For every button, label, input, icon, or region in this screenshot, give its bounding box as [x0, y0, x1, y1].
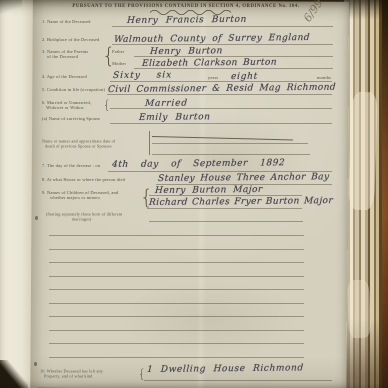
father-label: Father [112, 49, 124, 54]
row9-label-line2: whether majors or minors [50, 195, 100, 200]
mother-rule [134, 68, 333, 69]
blank-rule [49, 276, 304, 277]
row3-label-line1: 3. Names of the Parents [42, 49, 88, 54]
row1-label: 1. Name of the Deceased [42, 19, 91, 24]
rowB-label-line1: Name or names and approximate date of [42, 139, 115, 144]
row3-label-line2: of the Deceased [47, 54, 78, 59]
row9-label-line1: 9. Names of Children of Deceased, and [42, 190, 118, 195]
blank-rule [49, 235, 304, 236]
binding-hole [34, 362, 37, 366]
dark-corner-top-left [0, 0, 22, 14]
age-years-handwriting: Sixty six [113, 70, 173, 81]
blank-rule [49, 262, 304, 263]
rowA-rule [110, 123, 332, 124]
blank-rule [49, 289, 304, 290]
row7-label: 7. The day of the decease : on [42, 163, 100, 168]
blank-rule [49, 357, 304, 358]
rowA-label: (a) Name of surviving Spouse [42, 116, 100, 121]
child1-rule [149, 195, 302, 196]
row5-label: 5. Condition in life (occupation) [42, 87, 105, 92]
row4-label: 4. Age of the Deceased [42, 74, 87, 79]
rowB-rule-2 [152, 154, 310, 155]
binding-hole [35, 216, 38, 220]
frayed-page-edge [347, 280, 371, 339]
father-rule [134, 56, 333, 57]
photograph: PURSUANT TO THE PROVISIONS CONTAINED IN … [0, 0, 388, 388]
row5-rule [107, 94, 332, 95]
row10-rule [144, 380, 332, 381]
row10-label-line1: 10. Whether Deceased has left any [40, 369, 103, 374]
row2-label: 2. Birthplace of the Deceased [42, 37, 99, 42]
row6-label-line2: Widower or Widow [46, 105, 84, 110]
row1-value-handwriting: Henry Francis Burton [127, 15, 247, 26]
row2-rule [112, 44, 333, 45]
dark-corner-bottom-left [0, 360, 28, 388]
row8-value-handwriting: Stanley House Three Anchor Bay [158, 172, 330, 184]
row2-value-handwriting: Walmouth County of Surrey England [114, 32, 311, 44]
row10-value-handwriting: 1 Dwelling House Richmond [147, 363, 304, 375]
row8-label: 8. At what House or where the person die… [42, 177, 125, 182]
child2-handwriting: Richard Charles Fryer Burton Major [149, 196, 334, 208]
months-unit-label: months [317, 75, 331, 80]
row7-rule [108, 171, 332, 172]
row10-brace: { [138, 368, 146, 380]
blank-rule [49, 330, 304, 331]
row4-rule [110, 81, 332, 82]
blank-rule [149, 221, 303, 222]
rowB-bracket [149, 131, 150, 155]
child2-rule [147, 208, 302, 209]
rowB-label-line2: death of previous Spouse or Spouses [45, 144, 112, 149]
blank-rule [49, 249, 304, 250]
frayed-page-edge [348, 92, 378, 211]
rowB-rule-1 [152, 143, 308, 144]
mother-label: Mother [112, 61, 126, 66]
row9-note-line2: marriages) [72, 217, 91, 222]
row10-label-line2: Property, and of what kind [44, 374, 92, 379]
row6-label-line1: 6. Married or Unmarried, [42, 100, 91, 105]
row7-value-handwriting: 4th day of September 1892 [112, 158, 286, 170]
blank-rule [49, 316, 304, 317]
rowA-value-handwriting: Emily Burton [139, 112, 211, 123]
row6-brace: { [103, 99, 111, 111]
row6-rule [110, 108, 332, 109]
blank-rule [49, 303, 304, 304]
form-header-title: PURSUANT TO THE PROVISIONS CONTAINED IN … [36, 3, 336, 9]
years-unit-label: years [208, 75, 218, 80]
blank-rule [49, 343, 304, 344]
row1-rule [112, 26, 333, 27]
